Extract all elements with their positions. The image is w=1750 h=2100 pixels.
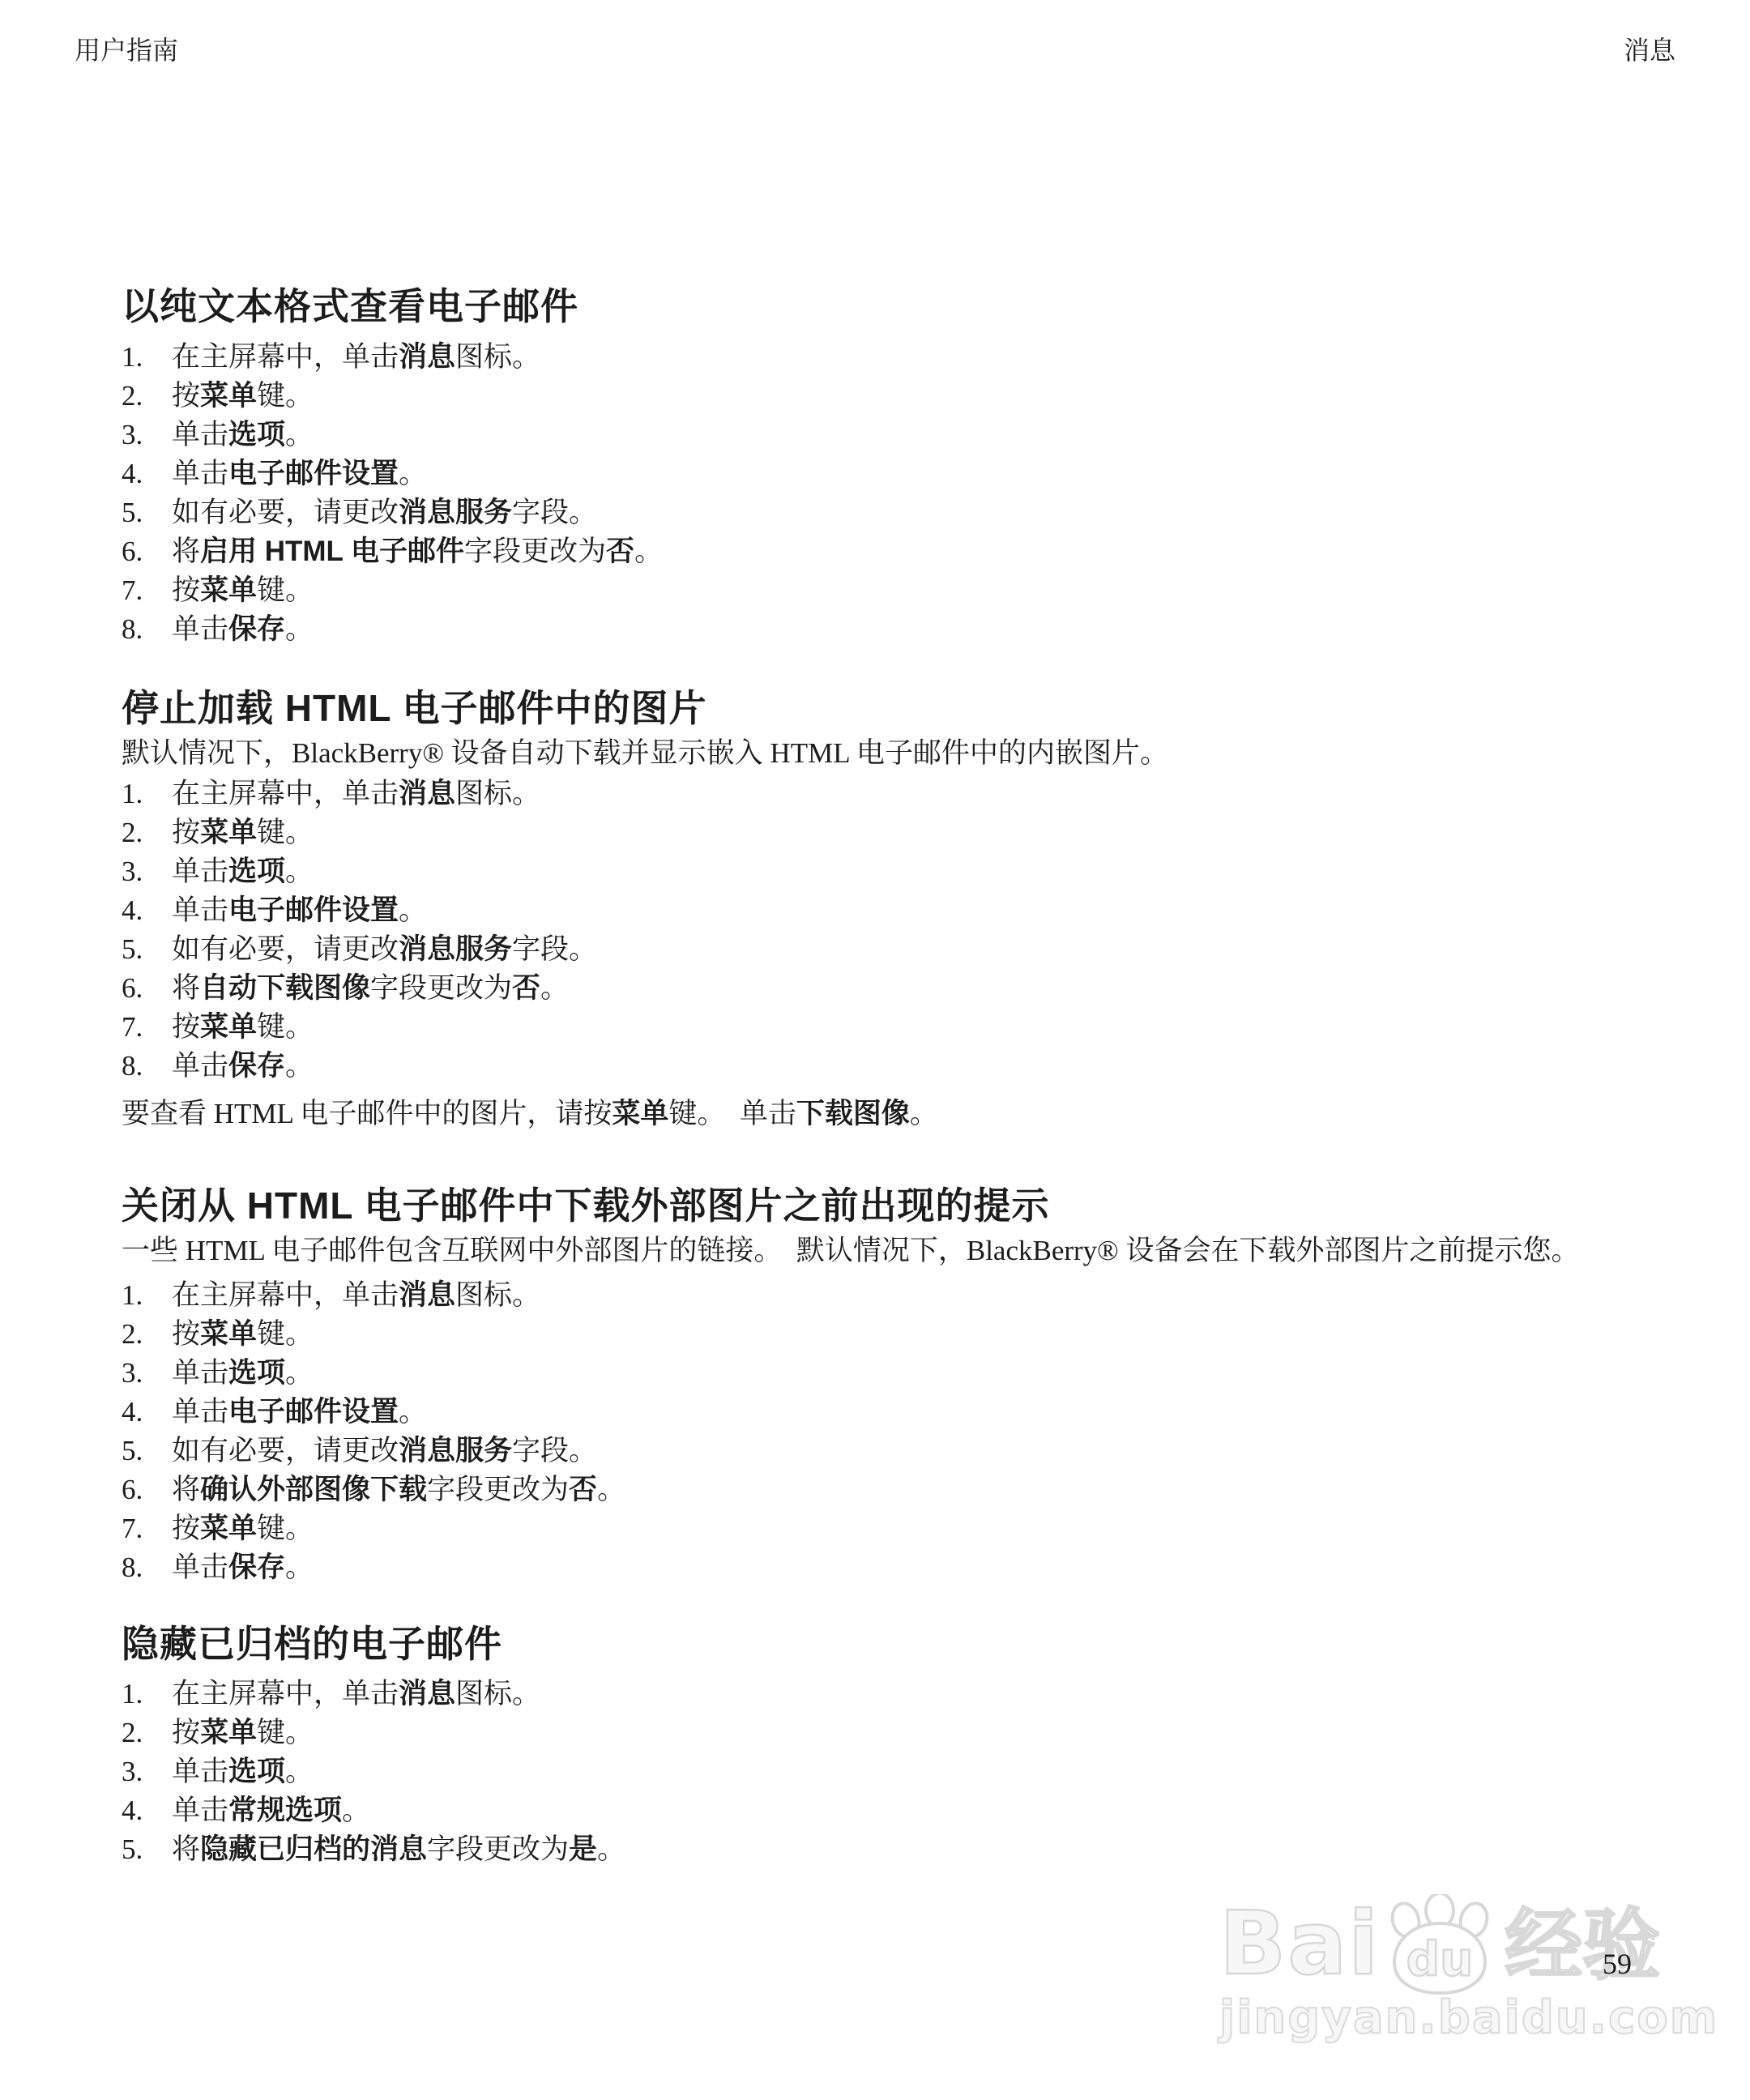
- bold-run: 保存: [228, 1552, 285, 1583]
- step-number: 4.: [122, 891, 172, 930]
- text-run: 按: [172, 1318, 200, 1350]
- text-run: 按: [172, 1011, 200, 1043]
- step-text: 将启用 HTML 电子邮件字段更改为否。: [172, 532, 663, 571]
- step-text: 单击保存。: [172, 610, 314, 649]
- step-text: 按菜单键。: [172, 377, 314, 416]
- baidu-paw-icon: du: [1375, 1894, 1505, 1996]
- text-run: 单击: [172, 613, 228, 645]
- text-run: 图标。: [455, 1279, 540, 1311]
- text-run: 在主屏幕中，单击: [172, 1279, 399, 1311]
- step-text: 单击选项。: [172, 416, 314, 455]
- text-run: 字段更改为: [427, 1474, 569, 1505]
- step-item: 4.单击电子邮件设置。: [122, 1393, 1645, 1432]
- text-run: 。: [399, 458, 427, 489]
- bold-run: 确认外部图像下载: [200, 1474, 427, 1505]
- doc-section: 隐藏已归档的电子邮件1.在主屏幕中，单击消息图标。2.按菜单键。3.单击选项。4…: [122, 1623, 1645, 1869]
- step-item: 2.按菜单键。: [122, 377, 1645, 416]
- step-number: 2.: [122, 813, 172, 852]
- step-text: 在主屏幕中，单击消息图标。: [172, 1276, 540, 1315]
- step-item: 6.将自动下载图像字段更改为否。: [122, 969, 1645, 1008]
- text-run: 。: [399, 1396, 427, 1428]
- text-run: 在主屏幕中，单击: [172, 341, 399, 373]
- text-run: 如有必要，请更改: [172, 497, 399, 528]
- bold-run: 消息: [399, 778, 455, 809]
- step-text: 按菜单键。: [172, 1008, 314, 1047]
- watermark-cn-text: 经验: [1505, 1902, 1660, 1988]
- step-item: 2.按菜单键。: [122, 813, 1645, 852]
- doc-section: 停止加载 HTML 电子邮件中的图片默认情况下，BlackBerry® 设备自动…: [122, 687, 1645, 1133]
- step-number: 8.: [122, 1047, 172, 1086]
- step-number: 8.: [122, 1548, 172, 1587]
- step-item: 1.在主屏幕中，单击消息图标。: [122, 1276, 1645, 1315]
- doc-section: 关闭从 HTML 电子邮件中下载外部图片之前出现的提示一些 HTML 电子邮件包…: [122, 1184, 1645, 1587]
- text-run: 。: [910, 1098, 938, 1129]
- watermark-brand: Bai du 经验: [1219, 1886, 1718, 1988]
- text-run: 键。: [257, 380, 314, 412]
- text-run: 图标。: [455, 1678, 540, 1709]
- bold-run: 否: [606, 536, 634, 567]
- text-run: 字段更改为: [464, 536, 606, 567]
- text-run: 单击: [172, 419, 228, 450]
- step-item: 6.将启用 HTML 电子邮件字段更改为否。: [122, 532, 1645, 571]
- step-item: 8.单击保存。: [122, 1548, 1645, 1587]
- text-run: 。: [634, 536, 663, 567]
- header-left-text: 用户指南: [75, 34, 178, 66]
- text-run: 。: [597, 1474, 625, 1505]
- text-run: 键。 单击: [668, 1098, 796, 1129]
- bold-run: 否: [569, 1474, 597, 1505]
- text-run: 将: [172, 1833, 200, 1865]
- text-run: 。: [540, 972, 569, 1004]
- step-number: 5.: [122, 930, 172, 969]
- text-run: 一些 HTML 电子邮件包含互联网中外部图片的链接。 默认情况下，BlackBe…: [122, 1235, 1580, 1266]
- step-number: 1.: [122, 1276, 172, 1315]
- step-item: 8.单击保存。: [122, 610, 1645, 649]
- step-text: 将确认外部图像下载字段更改为否。: [172, 1470, 625, 1509]
- text-run: 。: [285, 613, 314, 645]
- step-item: 8.单击保存。: [122, 1047, 1645, 1086]
- section-title: 停止加载 HTML 电子邮件中的图片: [122, 687, 1645, 729]
- text-run: 键。: [257, 574, 314, 606]
- bold-run: 菜单: [200, 1011, 257, 1043]
- bold-run: 菜单: [200, 817, 257, 848]
- step-number: 3.: [122, 1354, 172, 1393]
- text-run: 键。: [257, 817, 314, 848]
- step-text: 如有必要，请更改消息服务字段。: [172, 930, 597, 969]
- bold-run: 否: [512, 972, 540, 1004]
- text-run: 在主屏幕中，单击: [172, 1678, 399, 1709]
- text-run: 如有必要，请更改: [172, 1435, 399, 1466]
- step-text: 将自动下载图像字段更改为否。: [172, 969, 569, 1008]
- step-number: 5.: [122, 1830, 172, 1869]
- step-text: 按菜单键。: [172, 1714, 314, 1752]
- text-run: 键。: [257, 1318, 314, 1350]
- step-number: 4.: [122, 1393, 172, 1432]
- bold-run: 保存: [228, 1050, 285, 1082]
- step-list: 1.在主屏幕中，单击消息图标。2.按菜单键。3.单击选项。4.单击常规选项。5.…: [122, 1675, 1645, 1869]
- step-text: 单击电子邮件设置。: [172, 891, 427, 930]
- page-header: 用户指南 消息: [75, 34, 1675, 66]
- text-run: 。: [285, 856, 314, 887]
- watermark-du-text: du: [1406, 1931, 1474, 1987]
- step-number: 3.: [122, 852, 172, 891]
- bold-run: 消息: [399, 1279, 455, 1311]
- step-item: 5.如有必要，请更改消息服务字段。: [122, 493, 1645, 532]
- bold-run: 电子邮件设置: [228, 894, 399, 926]
- step-item: 7.按菜单键。: [122, 1509, 1645, 1548]
- step-item: 4.单击电子邮件设置。: [122, 891, 1645, 930]
- step-text: 单击选项。: [172, 852, 314, 891]
- bold-run: 是: [569, 1833, 597, 1865]
- step-text: 在主屏幕中，单击消息图标。: [172, 1675, 540, 1714]
- text-run: 。: [285, 1357, 314, 1389]
- text-run: 单击: [172, 894, 228, 926]
- step-text: 单击常规选项。: [172, 1791, 370, 1830]
- step-number: 1.: [122, 338, 172, 377]
- bold-run: 选项: [228, 856, 285, 887]
- step-number: 1.: [122, 775, 172, 813]
- step-text: 单击电子邮件设置。: [172, 1393, 427, 1432]
- bold-run: 常规选项: [228, 1795, 342, 1826]
- step-item: 3.单击选项。: [122, 1752, 1645, 1791]
- text-run: 图标。: [455, 778, 540, 809]
- step-number: 5.: [122, 1432, 172, 1470]
- bold-run: 选项: [228, 1357, 285, 1389]
- text-run: 将: [172, 536, 200, 567]
- step-number: 4.: [122, 1791, 172, 1830]
- step-item: 1.在主屏幕中，单击消息图标。: [122, 1675, 1645, 1714]
- text-run: 单击: [172, 1396, 228, 1428]
- text-run: 按: [172, 574, 200, 606]
- text-run: 按: [172, 380, 200, 412]
- step-number: 8.: [122, 610, 172, 649]
- section-title: 以纯文本格式查看电子邮件: [122, 285, 1645, 327]
- text-run: 单击: [172, 1357, 228, 1389]
- step-item: 3.单击选项。: [122, 852, 1645, 891]
- step-number: 7.: [122, 571, 172, 610]
- bold-run: 电子邮件设置: [228, 458, 399, 489]
- watermark-url: jingyan.baidu.com: [1219, 1993, 1718, 2043]
- step-item: 4.单击常规选项。: [122, 1791, 1645, 1830]
- text-run: 。: [285, 419, 314, 450]
- section-intro: 一些 HTML 电子邮件包含互联网中外部图片的链接。 默认情况下，BlackBe…: [122, 1231, 1645, 1270]
- step-item: 7.按菜单键。: [122, 1008, 1645, 1047]
- bold-run: 菜单: [200, 574, 257, 606]
- step-text: 单击电子邮件设置。: [172, 455, 427, 493]
- bold-run: 选项: [228, 1756, 285, 1787]
- text-run: 。: [285, 1552, 314, 1583]
- bold-run: 菜单: [200, 1717, 257, 1748]
- step-number: 1.: [122, 1675, 172, 1714]
- text-run: 要查看 HTML 电子邮件中的图片，请按: [122, 1098, 612, 1129]
- step-item: 5.将隐藏已归档的消息字段更改为是。: [122, 1830, 1645, 1869]
- step-number: 3.: [122, 1752, 172, 1791]
- bold-run: 启用 HTML 电子邮件: [200, 536, 464, 567]
- step-item: 7.按菜单键。: [122, 571, 1645, 610]
- step-number: 6.: [122, 1470, 172, 1509]
- bold-run: 选项: [228, 419, 285, 450]
- bold-run: 菜单: [200, 1513, 257, 1544]
- step-number: 2.: [122, 1315, 172, 1354]
- step-number: 7.: [122, 1008, 172, 1047]
- step-text: 在主屏幕中，单击消息图标。: [172, 338, 540, 377]
- bold-run: 电子邮件设置: [228, 1396, 399, 1428]
- text-run: 键。: [257, 1011, 314, 1043]
- bold-run: 菜单: [200, 380, 257, 412]
- text-run: 。: [285, 1050, 314, 1082]
- step-number: 6.: [122, 532, 172, 571]
- text-run: 字段。: [512, 933, 597, 965]
- step-item: 3.单击选项。: [122, 416, 1645, 455]
- step-item: 1.在主屏幕中，单击消息图标。: [122, 338, 1645, 377]
- step-item: 6.将确认外部图像下载字段更改为否。: [122, 1470, 1645, 1509]
- step-number: 6.: [122, 969, 172, 1008]
- step-item: 1.在主屏幕中，单击消息图标。: [122, 775, 1645, 813]
- step-number: 5.: [122, 493, 172, 532]
- text-run: 单击: [172, 1795, 228, 1826]
- step-number: 4.: [122, 455, 172, 493]
- step-number: 2.: [122, 1714, 172, 1752]
- text-run: 键。: [257, 1513, 314, 1544]
- text-run: 默认情况下，BlackBerry® 设备自动下载并显示嵌入 HTML 电子邮件中…: [122, 737, 1168, 769]
- step-text: 按菜单键。: [172, 813, 314, 852]
- baidu-watermark: Bai du 经验 jingyan.baidu.com: [1219, 1886, 1718, 2043]
- text-run: 按: [172, 1513, 200, 1544]
- text-run: 单击: [172, 458, 228, 489]
- text-run: 字段更改为: [370, 972, 512, 1004]
- text-run: 单击: [172, 1756, 228, 1787]
- text-run: 。: [399, 894, 427, 926]
- section-intro: 默认情况下，BlackBerry® 设备自动下载并显示嵌入 HTML 电子邮件中…: [122, 734, 1645, 773]
- step-item: 3.单击选项。: [122, 1354, 1645, 1393]
- step-list: 1.在主屏幕中，单击消息图标。2.按菜单键。3.单击选项。4.单击电子邮件设置。…: [122, 1276, 1645, 1587]
- bold-run: 消息服务: [399, 497, 512, 528]
- text-run: 。: [342, 1795, 370, 1826]
- step-item: 5.如有必要，请更改消息服务字段。: [122, 930, 1645, 969]
- step-item: 2.按菜单键。: [122, 1315, 1645, 1354]
- text-run: 单击: [172, 1050, 228, 1082]
- bold-run: 消息: [399, 1678, 455, 1709]
- bold-run: 消息: [399, 341, 455, 373]
- step-text: 单击选项。: [172, 1354, 314, 1393]
- section-title: 隐藏已归档的电子邮件: [122, 1623, 1645, 1665]
- step-item: 5.如有必要，请更改消息服务字段。: [122, 1432, 1645, 1470]
- text-run: 字段。: [512, 497, 597, 528]
- bold-run: 消息服务: [399, 933, 512, 965]
- step-text: 如有必要，请更改消息服务字段。: [172, 493, 597, 532]
- step-list: 1.在主屏幕中，单击消息图标。2.按菜单键。3.单击选项。4.单击电子邮件设置。…: [122, 775, 1645, 1086]
- watermark-bai-text: Bai: [1219, 1901, 1380, 1988]
- step-text: 单击保存。: [172, 1548, 314, 1587]
- step-item: 4.单击电子邮件设置。: [122, 455, 1645, 493]
- section-title: 关闭从 HTML 电子邮件中下载外部图片之前出现的提示: [122, 1184, 1645, 1227]
- text-run: 在主屏幕中，单击: [172, 778, 399, 809]
- text-run: 按: [172, 1717, 200, 1748]
- step-text: 在主屏幕中，单击消息图标。: [172, 775, 540, 813]
- step-text: 按菜单键。: [172, 1315, 314, 1354]
- text-run: 键。: [257, 1717, 314, 1748]
- page-number: 59: [1603, 1948, 1632, 1980]
- text-run: 单击: [172, 856, 228, 887]
- text-run: 按: [172, 817, 200, 848]
- text-run: 。: [285, 1756, 314, 1787]
- text-run: 将: [172, 1474, 200, 1505]
- text-run: 将: [172, 972, 200, 1004]
- bold-run: 消息服务: [399, 1435, 512, 1466]
- step-text: 将隐藏已归档的消息字段更改为是。: [172, 1830, 625, 1869]
- text-run: 如有必要，请更改: [172, 933, 399, 965]
- section-outro: 要查看 HTML 电子邮件中的图片，请按菜单键。 单击下载图像。: [122, 1095, 1645, 1133]
- text-run: 字段。: [512, 1435, 597, 1466]
- bold-run: 自动下载图像: [200, 972, 370, 1004]
- step-list: 1.在主屏幕中，单击消息图标。2.按菜单键。3.单击选项。4.单击电子邮件设置。…: [122, 338, 1645, 649]
- bold-run: 隐藏已归档的消息: [200, 1833, 427, 1865]
- doc-section: 以纯文本格式查看电子邮件1.在主屏幕中，单击消息图标。2.按菜单键。3.单击选项…: [122, 285, 1645, 649]
- document-content: 以纯文本格式查看电子邮件1.在主屏幕中，单击消息图标。2.按菜单键。3.单击选项…: [122, 285, 1645, 1869]
- step-number: 3.: [122, 416, 172, 455]
- header-right-text: 消息: [1624, 34, 1675, 66]
- step-text: 单击保存。: [172, 1047, 314, 1086]
- text-run: 图标。: [455, 341, 540, 373]
- text-run: 字段更改为: [427, 1833, 569, 1865]
- bold-run: 保存: [228, 613, 285, 645]
- step-text: 按菜单键。: [172, 1509, 314, 1548]
- step-number: 7.: [122, 1509, 172, 1548]
- bold-run: 菜单: [612, 1098, 668, 1129]
- step-number: 2.: [122, 377, 172, 416]
- step-text: 按菜单键。: [172, 571, 314, 610]
- step-text: 单击选项。: [172, 1752, 314, 1791]
- step-text: 如有必要，请更改消息服务字段。: [172, 1432, 597, 1470]
- bold-run: 菜单: [200, 1318, 257, 1350]
- text-run: 。: [597, 1833, 625, 1865]
- text-run: 单击: [172, 1552, 228, 1583]
- bold-run: 下载图像: [796, 1098, 910, 1129]
- step-item: 2.按菜单键。: [122, 1714, 1645, 1752]
